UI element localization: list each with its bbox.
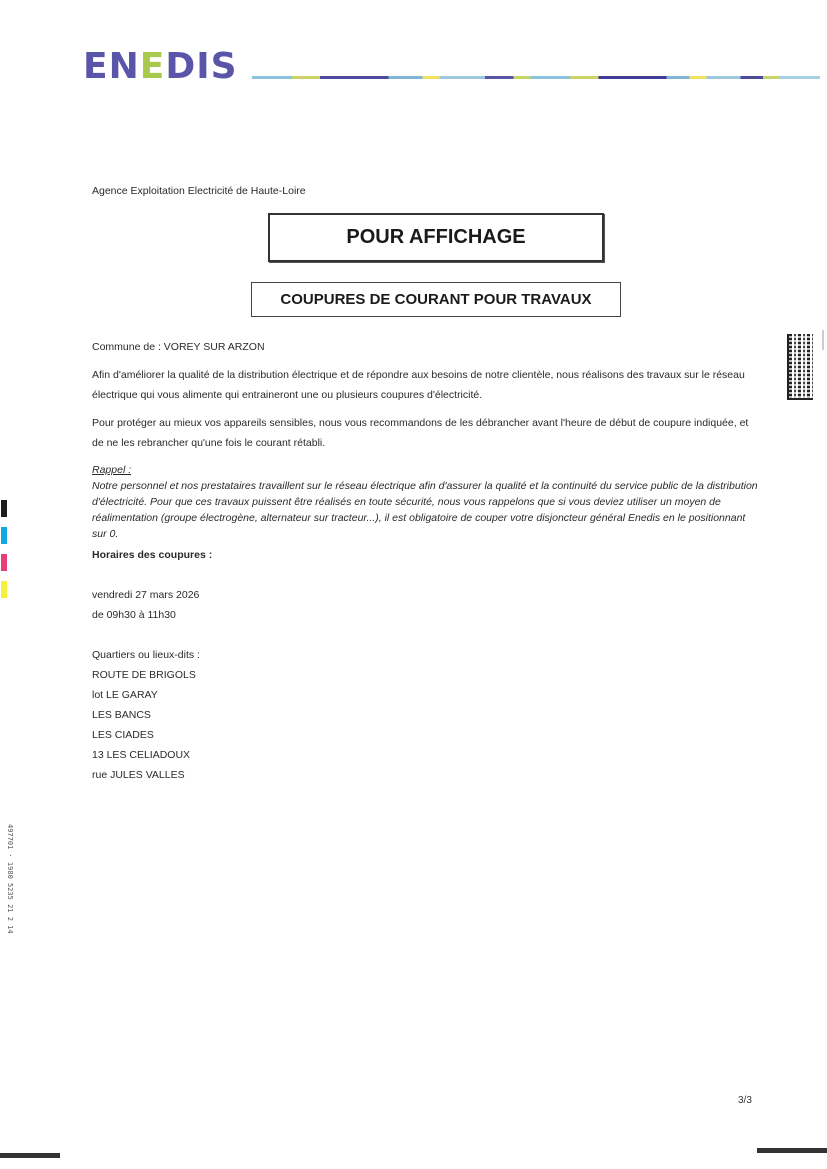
reminder-title: Rappel :: [92, 462, 762, 478]
places-block: Quartiers ou lieux-dits : ROUTE DE BRIGO…: [92, 645, 200, 785]
enedis-logo: ENEDIS: [83, 46, 238, 88]
scan-edge-mark-left: [0, 1153, 60, 1158]
schedule-heading: Horaires des coupures :: [92, 548, 212, 562]
power-cut-title-box: COUPURES DE COURANT POUR TRAVAUX: [251, 282, 621, 317]
scan-edge-mark: [822, 330, 824, 350]
place-item: rue JULES VALLES: [92, 765, 200, 785]
cut-time: de 09h30 à 11h30: [92, 605, 199, 625]
cut-date: vendredi 27 mars 2026: [92, 585, 199, 605]
print-mark-cyan: [1, 527, 7, 544]
intro-paragraph: Afin d'améliorer la qualité de la distri…: [92, 365, 762, 405]
scan-edge-mark-right: [757, 1148, 827, 1153]
schedule-block: vendredi 27 mars 2026 de 09h30 à 11h30: [92, 585, 199, 625]
print-mark-yellow: [1, 581, 7, 598]
reminder-text: Notre personnel et nos prestataires trav…: [92, 480, 758, 540]
advice-paragraph: Pour protéger au mieux vos appareils sen…: [92, 413, 762, 453]
agency-name: Agence Exploitation Electricité de Haute…: [92, 184, 306, 198]
reminder-block: Rappel : Notre personnel et nos prestata…: [92, 462, 762, 542]
places-heading: Quartiers ou lieux-dits :: [92, 645, 200, 665]
commune-label: Commune de : VOREY SUR ARZON: [92, 340, 265, 354]
datamatrix-code: [787, 334, 813, 400]
place-item: LES BANCS: [92, 705, 200, 725]
print-mark-black: [1, 500, 7, 517]
side-print-code: 497701 · 1980 5235 21 2 14: [6, 824, 14, 924]
page-number: 3/3: [738, 1095, 752, 1106]
header-color-rule: [252, 76, 820, 79]
place-item: ROUTE DE BRIGOLS: [92, 665, 200, 685]
posting-notice-box: POUR AFFICHAGE: [268, 213, 604, 262]
place-item: 13 LES CELIADOUX: [92, 745, 200, 765]
print-mark-magenta: [1, 554, 7, 571]
place-item: lot LE GARAY: [92, 685, 200, 705]
place-item: LES CIADES: [92, 725, 200, 745]
